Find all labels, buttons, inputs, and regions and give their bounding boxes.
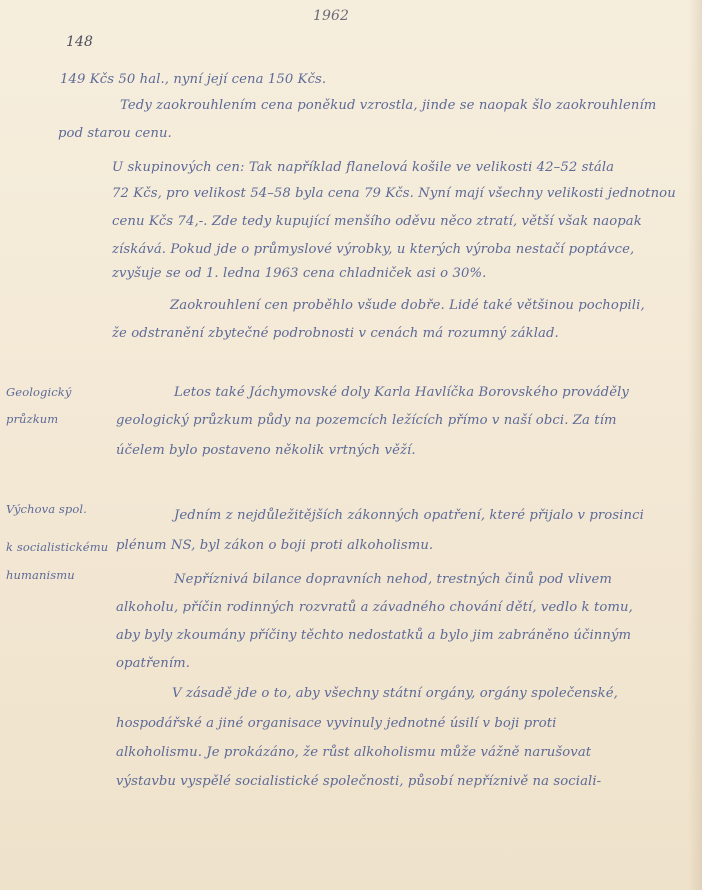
margin-note: Geologický	[6, 385, 71, 399]
page-number: 148	[66, 34, 93, 50]
text-line: plénum NS, byl zákon o boji proti alkoho…	[116, 538, 433, 553]
text-line: získává. Pokud jde o průmyslové výrobky,…	[112, 242, 634, 257]
text-line: alkoholu, příčin rodinných rozvratů a zá…	[116, 600, 633, 615]
text-line: Letos také Jáchymovské doly Karla Havlíč…	[174, 385, 629, 400]
text-line: geologický průzkum půdy na pozemcích lež…	[116, 413, 617, 428]
text-line: opatřením.	[116, 656, 190, 671]
text-line: účelem bylo postaveno několik vrtných vě…	[116, 443, 416, 458]
text-line: Nepříznivá bilance dopravních nehod, tre…	[174, 572, 612, 587]
text-line: výstavbu vyspělé socialistické společnos…	[116, 774, 601, 789]
document-page: 1962 148 149 Kčs 50 hal., nyní její cena…	[0, 0, 702, 890]
year-heading: 1962	[313, 8, 349, 24]
text-line: alkoholismu. Je prokázáno, že růst alkoh…	[116, 745, 591, 760]
margin-note: průzkum	[6, 412, 58, 426]
text-line: 149 Kčs 50 hal., nyní její cena 150 Kčs.	[60, 72, 326, 87]
text-line: Tedy zaokrouhlením cena poněkud vzrostla…	[120, 98, 656, 113]
margin-note: k socialistickému	[6, 540, 108, 554]
text-line: U skupinových cen: Tak například flanelo…	[112, 160, 614, 175]
text-line: V zásadě jde o to, aby všechny státní or…	[172, 686, 618, 701]
text-line: Zaokrouhlení cen proběhlo všude dobře. L…	[170, 298, 645, 313]
text-line: aby byly zkoumány příčiny těchto nedosta…	[116, 628, 631, 643]
margin-note: Výchova spol.	[6, 502, 87, 516]
text-line: 72 Kčs, pro velikost 54–58 byla cena 79 …	[112, 186, 676, 201]
text-line: hospodářské a jiné organisace vyvinuly j…	[116, 716, 556, 731]
text-line: zvyšuje se od 1. ledna 1963 cena chladni…	[112, 266, 486, 281]
text-line: pod starou cenu.	[58, 126, 172, 141]
text-line: že odstranění zbytečné podrobnosti v cen…	[112, 326, 559, 341]
text-line: cenu Kčs 74,-. Zde tedy kupující menšího…	[112, 214, 642, 229]
margin-note: humanismu	[6, 568, 75, 582]
text-line: Jedním z nejdůležitějších zákonných opat…	[174, 508, 644, 523]
